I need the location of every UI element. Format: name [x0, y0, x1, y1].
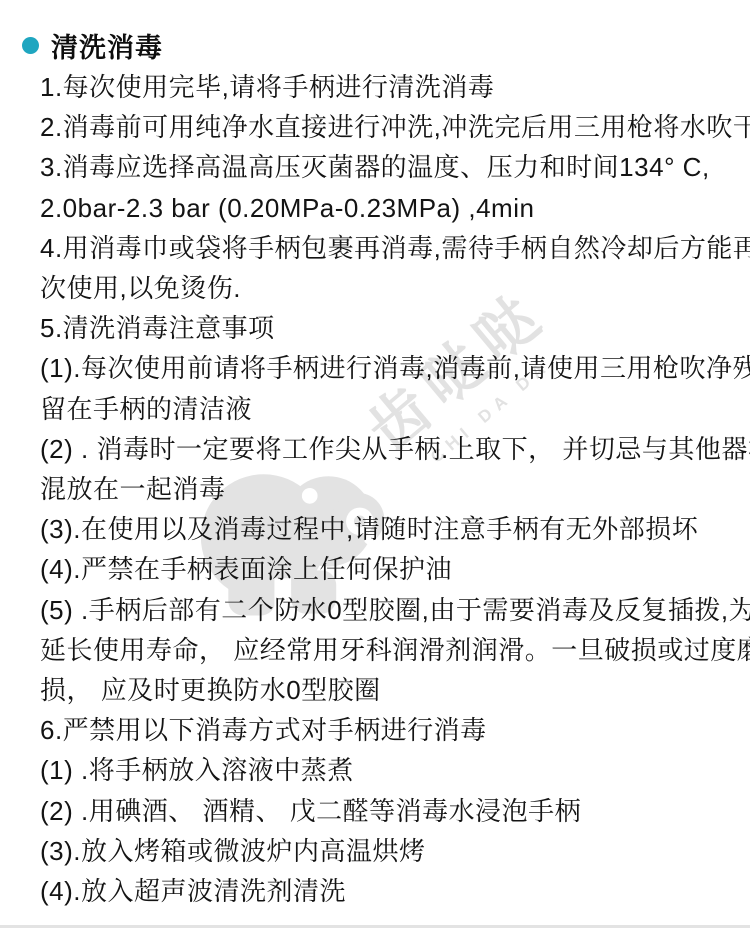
body-line: 5.清洗消毒注意事项	[40, 308, 734, 348]
body-line: (5) .手柄后部有二个防水0型胶圈,由于需要消毒及反复插拨,为	[40, 590, 734, 630]
page-title: 清洗消毒	[51, 26, 163, 65]
body-line: (1) .将手柄放入溶液中蒸煮	[40, 750, 734, 790]
body-line: 3.消毒应选择高温高压灭菌器的温度、压力和时间134° C,	[40, 147, 734, 187]
body-line: (4).严禁在手柄表面涂上任何保护油	[40, 549, 734, 589]
body-line: 6.严禁用以下消毒方式对手柄进行消毒	[40, 710, 734, 750]
body-line: (1).每次使用前请将手柄进行消毒,消毒前,请使用三用枪吹净残	[40, 348, 734, 388]
body-line: (3).放入烤箱或微波炉内高温烘烤	[40, 831, 734, 871]
body-line: 2.消毒前可用纯净水直接进行冲洗,冲洗完后用三用枪将水吹干:	[40, 107, 734, 147]
body-line: (2) . 消毒时一定要将工作尖从手柄.上取下， 并切忌与其他器械	[40, 429, 734, 469]
instruction-text-block: 1.每次使用完毕,请将手柄进行清洗消毒 2.消毒前可用纯净水直接进行冲洗,冲洗完…	[40, 67, 734, 911]
body-line: 次使用,以免烫伤.	[40, 268, 734, 308]
section-header: 清洗消毒	[22, 26, 163, 65]
body-line: 4.用消毒巾或袋将手柄包裹再消毒,需待手柄自然冷却后方能再	[40, 228, 734, 268]
body-line: 留在手柄的清洁液	[40, 389, 734, 429]
body-line: 混放在一起消毒	[40, 469, 734, 509]
body-line: (2) .用碘酒、 酒精、 戊二醛等消毒水浸泡手柄	[40, 791, 734, 831]
body-line: 1.每次使用完毕,请将手柄进行清洗消毒	[40, 67, 734, 107]
body-line: 损， 应及时更换防水0型胶圈	[40, 670, 734, 710]
body-line: 延长使用寿命， 应经常用牙科润滑剂润滑。一旦破损或过度磨	[40, 630, 734, 670]
body-line: (4).放入超声波清洗剂清洗	[40, 871, 734, 911]
body-line: (3).在使用以及消毒过程中,请随时注意手柄有无外部损坏	[40, 509, 734, 549]
teal-bullet-icon	[22, 37, 39, 54]
body-line: 2.0bar-2.3 bar (0.20MPa-0.23MPa) ,4min	[40, 188, 734, 228]
